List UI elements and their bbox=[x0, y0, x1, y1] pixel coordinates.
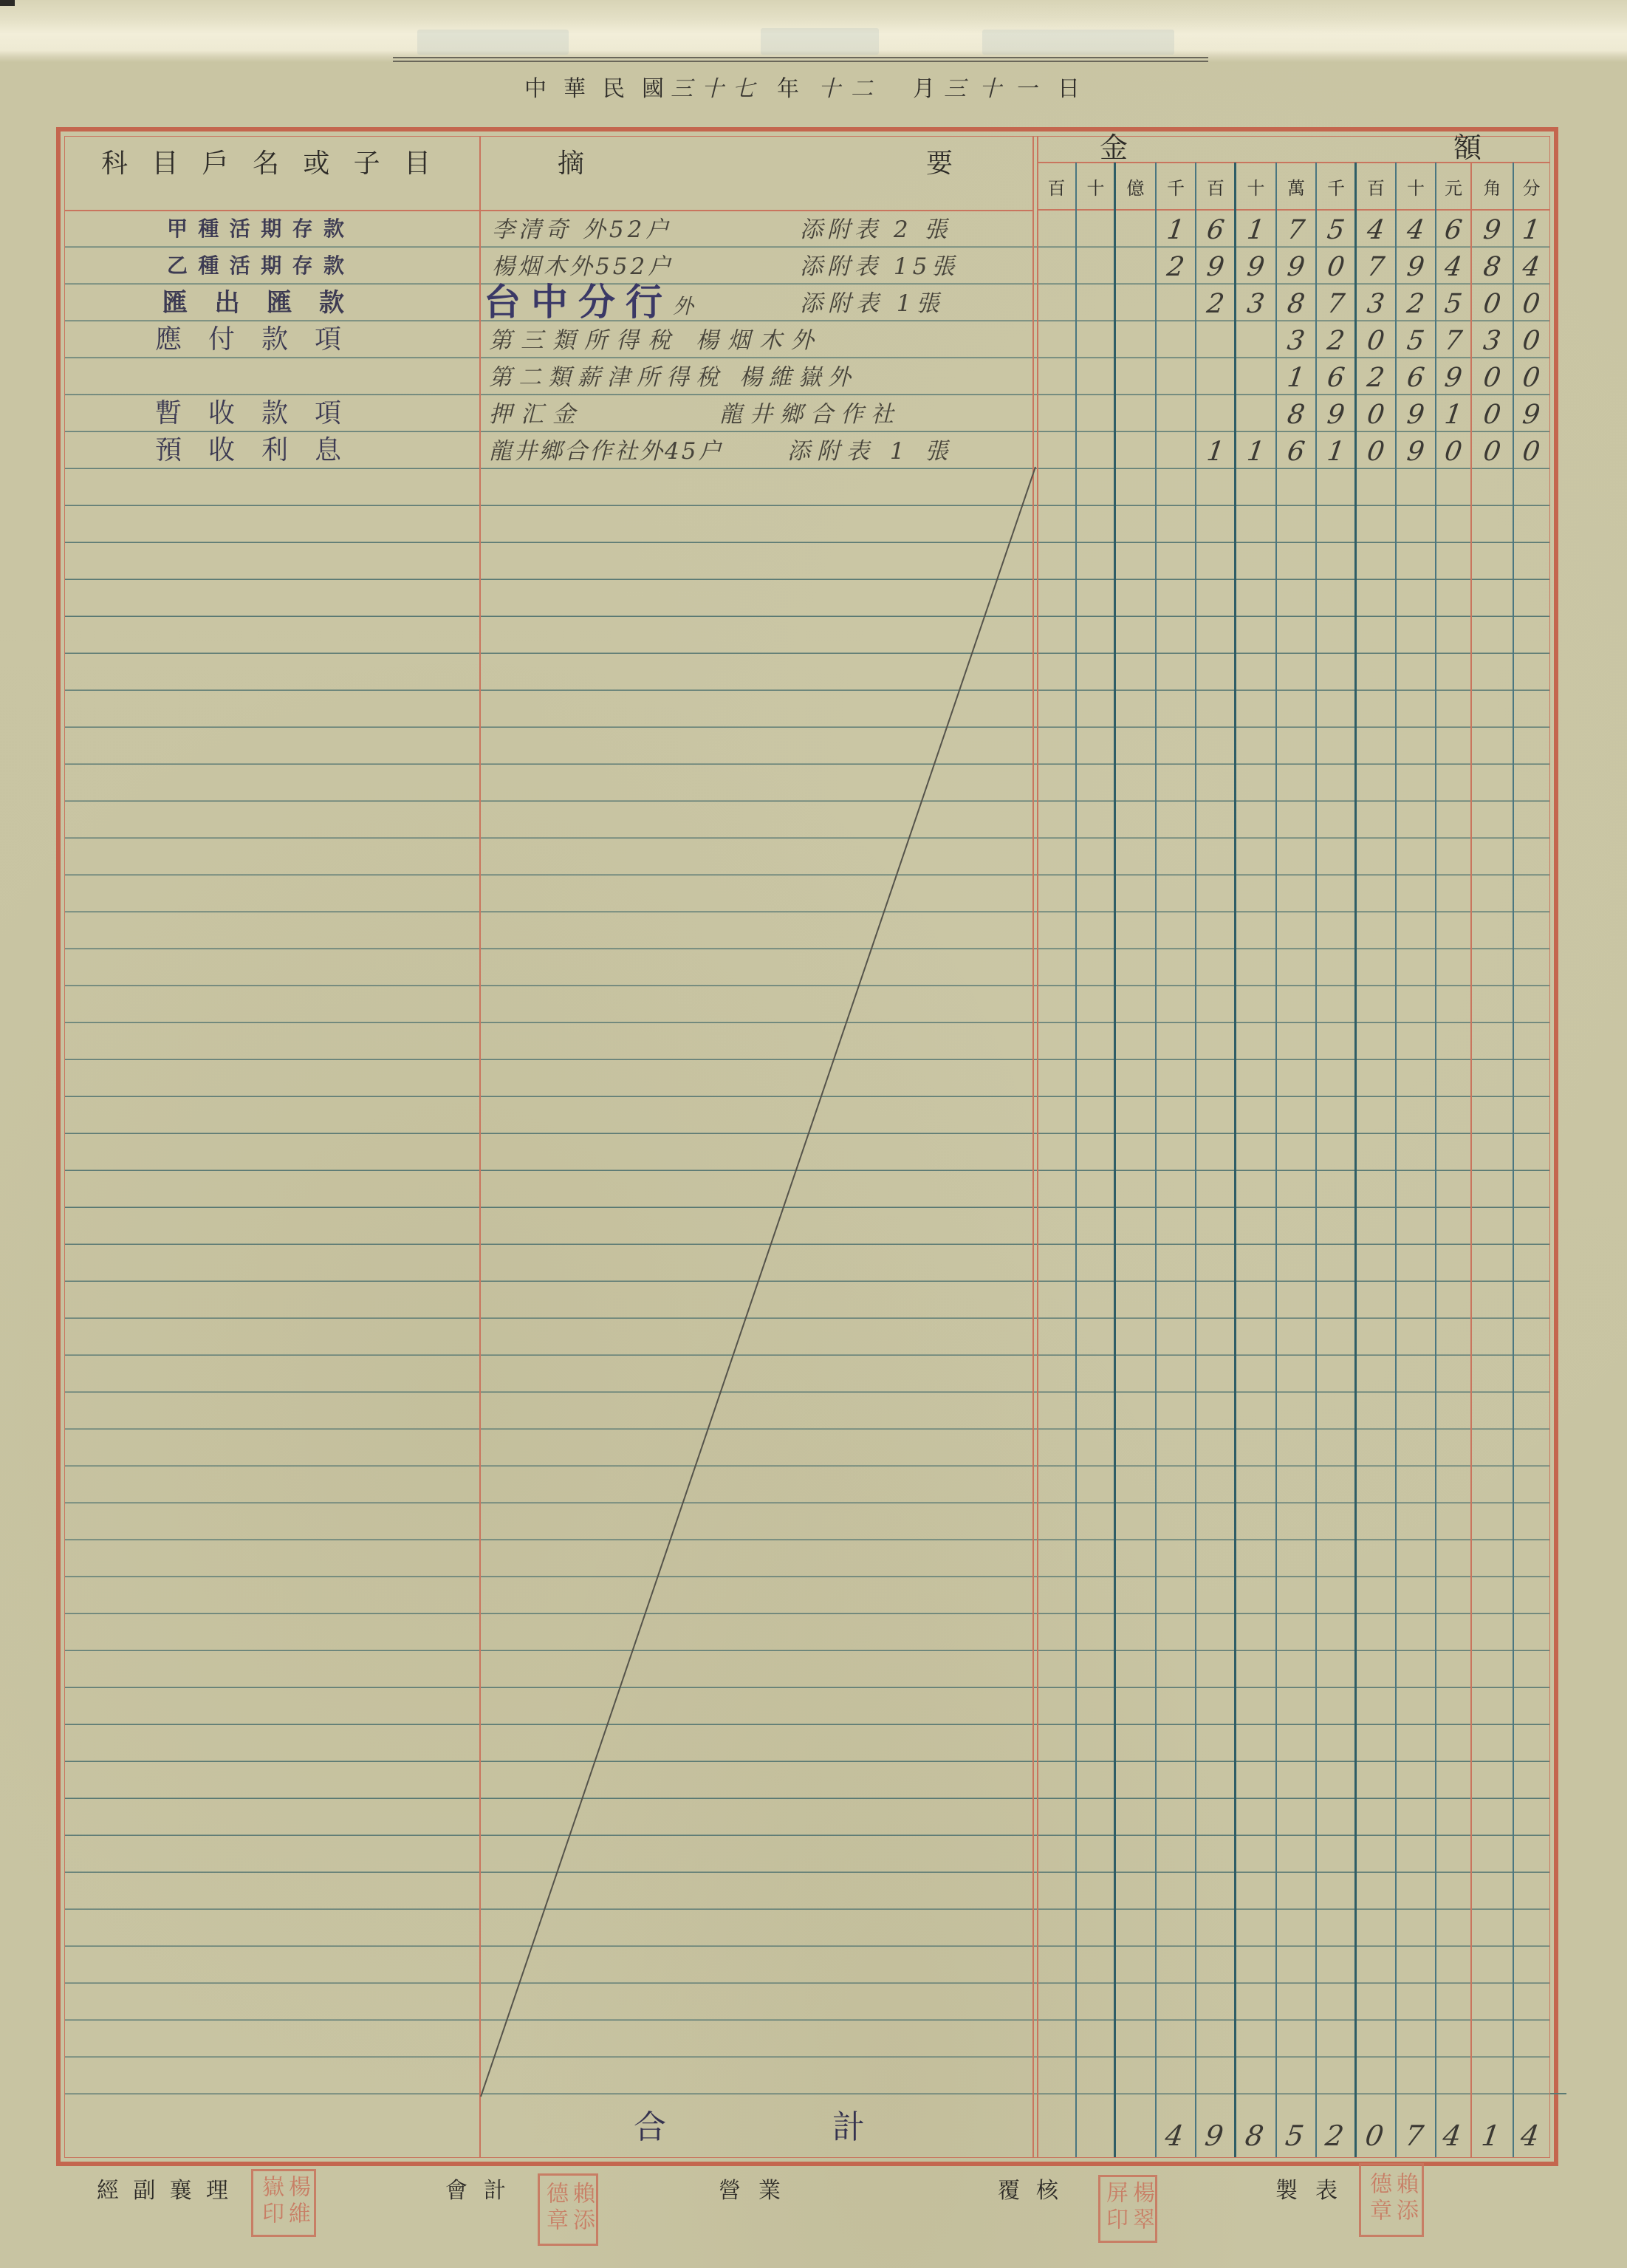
digit-cell bbox=[1233, 321, 1278, 358]
seal-stamp: 楊翠屏印 bbox=[1098, 2175, 1157, 2243]
digit-cell bbox=[1112, 395, 1158, 432]
title-double-rule bbox=[393, 57, 1208, 62]
account-name: 暫收款項 bbox=[155, 398, 341, 429]
total-label-left: 合 bbox=[634, 2109, 666, 2146]
header-summary-left: 摘 bbox=[558, 148, 584, 180]
digit-cell: 2 bbox=[1193, 284, 1238, 321]
digit-cell: 5 bbox=[1393, 321, 1438, 358]
digit-label: 十 bbox=[1396, 164, 1436, 208]
attachment-note: 添附表 1 張 bbox=[787, 437, 954, 466]
header-amount-left: 金 bbox=[1100, 131, 1128, 164]
digit-cell: 8 bbox=[1273, 284, 1318, 321]
digit-cell: 4 bbox=[1433, 247, 1473, 284]
digit-cell: 7 bbox=[1313, 284, 1358, 321]
faded-title-remnant bbox=[417, 30, 569, 55]
digit-cell: 0 bbox=[1510, 432, 1552, 469]
digit-cell: 3 bbox=[1353, 284, 1398, 321]
digit-cell bbox=[1034, 358, 1078, 395]
digit-cell: 2 bbox=[1393, 284, 1438, 321]
faded-title-remnant bbox=[982, 30, 1174, 55]
digit-cell: 3 bbox=[1233, 284, 1278, 321]
date-year: 三十七 bbox=[671, 75, 764, 103]
digit-cell: 1 bbox=[1153, 211, 1198, 247]
digit-cell: 0 bbox=[1353, 395, 1398, 432]
table-row: 第二類薪津所得稅 楊維嶽外 1 6 2 6 9 0 0 bbox=[65, 358, 1549, 395]
digit-cell: 9 bbox=[1393, 395, 1438, 432]
digit-cell bbox=[1034, 211, 1078, 247]
digit-cell bbox=[1073, 284, 1117, 321]
table-row: 匯出匯款 台中分行 外 添附表 1張 2 3 8 7 3 2 5 0 0 bbox=[65, 284, 1549, 321]
digit-label: 十 bbox=[1236, 164, 1276, 208]
digit-cell: 1 bbox=[1433, 395, 1473, 432]
digit-cell: 0 bbox=[1468, 358, 1515, 395]
digit-cell bbox=[1153, 395, 1198, 432]
digit-label: 萬 bbox=[1276, 164, 1316, 208]
digit-cell bbox=[1034, 247, 1078, 284]
summary-text: 第三類所得稅 楊烟木外 bbox=[489, 326, 823, 355]
total-amount-cells: 4 9 8 5 2 0 7 4 1 4 bbox=[1037, 2094, 1549, 2157]
digit-cell: 2 bbox=[1153, 247, 1198, 284]
seal-stamp: 楊維嶽印 bbox=[251, 2169, 316, 2237]
digit-cell: 3 bbox=[1468, 321, 1515, 358]
digit-cell: 9 bbox=[1313, 395, 1358, 432]
account-name: 匯出匯款 bbox=[162, 287, 344, 318]
amount-cells: 1 6 2 6 9 0 0 bbox=[1037, 358, 1549, 395]
digit-label: 十 bbox=[1076, 164, 1115, 208]
signature-role-deputy-manager: 經副襄理 bbox=[97, 2176, 228, 2206]
amount-cells: 2 3 8 7 3 2 5 0 0 bbox=[1037, 284, 1549, 321]
branch-stamp: 台中分行 bbox=[484, 283, 673, 321]
digit-cell bbox=[1233, 358, 1278, 395]
seal-text: 賴添德章 bbox=[541, 2182, 595, 2238]
digit-cell: 0 bbox=[1433, 432, 1473, 469]
digit-cell bbox=[1193, 358, 1238, 395]
date-month: 十二 bbox=[818, 75, 883, 103]
total-row: 合 計 4 9 8 5 2 0 7 4 1 4 bbox=[65, 2094, 1549, 2157]
digit-cell: 1 bbox=[1193, 432, 1238, 469]
digit-cell: 9 bbox=[1193, 247, 1238, 284]
digit-cell bbox=[1034, 432, 1078, 469]
digit-cell bbox=[1073, 211, 1117, 247]
digit-cell: 9 bbox=[1468, 211, 1515, 247]
digit-cell: 4 bbox=[1353, 211, 1398, 247]
digit-cell bbox=[1112, 321, 1158, 358]
signature-role-review: 覆核 bbox=[998, 2176, 1058, 2206]
total-label-right: 計 bbox=[832, 2109, 865, 2146]
seal-text: 楊維嶽印 bbox=[257, 2175, 310, 2231]
digit-label: 百 bbox=[1196, 164, 1236, 208]
digit-cell bbox=[1112, 358, 1158, 395]
digit-cell: 1 bbox=[1233, 432, 1278, 469]
digit-label: 角 bbox=[1471, 164, 1513, 208]
digit-cell: 4 bbox=[1509, 2094, 1554, 2157]
account-name: 甲種活期存款 bbox=[167, 214, 344, 245]
attachment-note: 添附表 1張 bbox=[800, 289, 945, 318]
digit-cell bbox=[1112, 211, 1158, 247]
account-name: 應付款項 bbox=[155, 324, 341, 355]
digit-cell bbox=[1112, 247, 1158, 284]
digit-cell bbox=[1193, 395, 1238, 432]
digit-cell: 0 bbox=[1510, 321, 1552, 358]
digit-label: 千 bbox=[1316, 164, 1356, 208]
digit-cell: 0 bbox=[1353, 432, 1398, 469]
amount-cells: 1 1 6 1 0 9 0 0 0 bbox=[1037, 432, 1549, 469]
digit-cell: 0 bbox=[1510, 358, 1552, 395]
digit-cell: 0 bbox=[1468, 395, 1515, 432]
digit-cell bbox=[1073, 321, 1117, 358]
date-era: 中華民國 bbox=[524, 75, 681, 103]
summary-text: 第二類薪津所得稅 楊維嶽外 bbox=[489, 363, 857, 392]
seal-stamp: 賴添德章 bbox=[1359, 2163, 1424, 2237]
digit-cell: 3 bbox=[1273, 321, 1318, 358]
digit-cell: 7 bbox=[1273, 211, 1318, 247]
digit-cell: 6 bbox=[1193, 211, 1238, 247]
account-name: 預收利息 bbox=[155, 435, 341, 466]
attachment-note: 添附表 2 張 bbox=[800, 215, 951, 245]
faded-title-remnant bbox=[761, 28, 879, 55]
amount-cells: 2 9 9 9 0 7 9 4 8 4 bbox=[1037, 247, 1549, 284]
digit-cell: 0 bbox=[1510, 284, 1552, 321]
ledger-sheet: 中華民國 三十七 年 十二 月 三十一 日 科目戶名或子目 摘 要 金 額 百 … bbox=[0, 0, 1627, 2268]
digit-cell: 1 bbox=[1273, 358, 1318, 395]
table-row: 乙種活期存款 楊烟木外552户 添附表 15張 2 9 9 9 0 7 9 4 … bbox=[65, 247, 1549, 284]
digit-cell bbox=[1153, 358, 1198, 395]
digit-cell: 1 bbox=[1233, 211, 1278, 247]
date-month-unit: 月 bbox=[913, 75, 935, 103]
digit-label: 元 bbox=[1436, 164, 1471, 208]
digit-cell: 4 bbox=[1510, 247, 1552, 284]
account-name: 乙種活期存款 bbox=[167, 250, 344, 281]
digit-cell bbox=[1034, 321, 1078, 358]
summary-text: 李清奇 外52户 bbox=[492, 215, 672, 245]
table-row: 應付款項 第三類所得稅 楊烟木外 3 2 0 5 7 3 0 bbox=[65, 321, 1549, 358]
digit-cell: 1 bbox=[1313, 432, 1358, 469]
counterparty-name: 龍井鄉合作社 bbox=[719, 400, 901, 429]
digit-cell bbox=[1073, 247, 1117, 284]
digit-cell: 9 bbox=[1393, 432, 1438, 469]
header-summary-right: 要 bbox=[926, 148, 953, 180]
digit-cell bbox=[1073, 358, 1117, 395]
scan-edge-mark bbox=[0, 0, 15, 6]
signature-role-prepared-by: 製表 bbox=[1275, 2176, 1337, 2206]
digit-cell: 1 bbox=[1510, 211, 1552, 247]
digit-cell: 4 bbox=[1393, 211, 1438, 247]
digit-cell bbox=[1153, 284, 1198, 321]
digit-cell: 9 bbox=[1273, 247, 1318, 284]
digit-cell: 0 bbox=[1468, 432, 1515, 469]
digit-cell: 9 bbox=[1433, 358, 1473, 395]
attachment-note: 添附表 15張 bbox=[800, 252, 959, 281]
digit-cell: 8 bbox=[1273, 395, 1318, 432]
table-row: 預收利息 龍井鄉合作社外45户 添附表 1 張 1 1 6 1 0 9 0 0 … bbox=[65, 432, 1549, 469]
digit-cell: 9 bbox=[1393, 247, 1438, 284]
signature-role-accounting: 會計 bbox=[445, 2176, 506, 2206]
digit-cell: 2 bbox=[1313, 321, 1358, 358]
digit-cell bbox=[1153, 432, 1198, 469]
summary-text: 楊烟木外552户 bbox=[492, 252, 674, 281]
digit-cell bbox=[1034, 284, 1078, 321]
digit-cell: 5 bbox=[1313, 211, 1358, 247]
digit-cell: 6 bbox=[1433, 211, 1473, 247]
digit-cell bbox=[1073, 395, 1117, 432]
summary-text: 押汇金 bbox=[489, 400, 584, 429]
digit-place-labels: 百 十 億 千 百 十 萬 千 百 十 元 角 分 bbox=[1037, 164, 1549, 208]
header-amount-right: 額 bbox=[1453, 131, 1482, 164]
digit-label: 千 bbox=[1156, 164, 1196, 208]
date-year-unit: 年 bbox=[777, 75, 799, 103]
digit-cell: 9 bbox=[1510, 395, 1552, 432]
seal-stamp: 賴添德章 bbox=[538, 2173, 598, 2246]
digit-cell bbox=[1153, 321, 1198, 358]
digit-label: 百 bbox=[1037, 164, 1076, 208]
digit-cell bbox=[1233, 395, 1278, 432]
digit-cell: 8 bbox=[1468, 247, 1515, 284]
digit-cell bbox=[1034, 395, 1078, 432]
digit-cell: 9 bbox=[1233, 247, 1278, 284]
digit-cell: 5 bbox=[1433, 284, 1473, 321]
date-day-unit: 日 bbox=[1058, 75, 1080, 103]
digit-label: 分 bbox=[1513, 164, 1549, 208]
digit-cell bbox=[1193, 321, 1238, 358]
summary-text: 龍井鄉合作社外45户 bbox=[489, 437, 723, 466]
header-account: 科目戶名或子目 bbox=[101, 148, 431, 180]
table-row: 暫收款項 押汇金 龍井鄉合作社 8 9 0 9 1 0 9 bbox=[65, 395, 1549, 432]
digit-cell: 2 bbox=[1353, 358, 1398, 395]
ruled-lines bbox=[65, 211, 1549, 2094]
seal-text: 賴添德章 bbox=[1365, 2172, 1418, 2228]
digit-cell bbox=[1112, 432, 1158, 469]
digit-cell: 6 bbox=[1393, 358, 1438, 395]
digit-label: 億 bbox=[1115, 164, 1156, 208]
digit-cell: 7 bbox=[1433, 321, 1473, 358]
digit-cell bbox=[1112, 284, 1158, 321]
signature-role-operations: 營業 bbox=[719, 2176, 781, 2206]
branch-stamp-group: 台中分行 外 bbox=[484, 283, 693, 321]
amount-cells: 3 2 0 5 7 3 0 bbox=[1037, 321, 1549, 358]
amount-cells: 8 9 0 9 1 0 9 bbox=[1037, 395, 1549, 432]
date-day: 三十一 bbox=[944, 75, 1050, 103]
digit-cell: 6 bbox=[1273, 432, 1318, 469]
digit-cell: 0 bbox=[1468, 284, 1515, 321]
seal-text: 楊翠屏印 bbox=[1101, 2181, 1154, 2237]
digit-cell bbox=[1073, 432, 1117, 469]
digit-cell: 0 bbox=[1313, 247, 1358, 284]
summary-text: 外 bbox=[673, 292, 693, 321]
table-row: 甲種活期存款 李清奇 外52户 添附表 2 張 1 6 1 7 5 4 4 6 … bbox=[65, 211, 1549, 247]
digit-label: 百 bbox=[1356, 164, 1396, 208]
digit-cell: 7 bbox=[1353, 247, 1398, 284]
digit-cell: 6 bbox=[1313, 358, 1358, 395]
amount-cells: 1 6 1 7 5 4 4 6 9 1 bbox=[1037, 211, 1549, 247]
digit-cell: 0 bbox=[1353, 321, 1398, 358]
